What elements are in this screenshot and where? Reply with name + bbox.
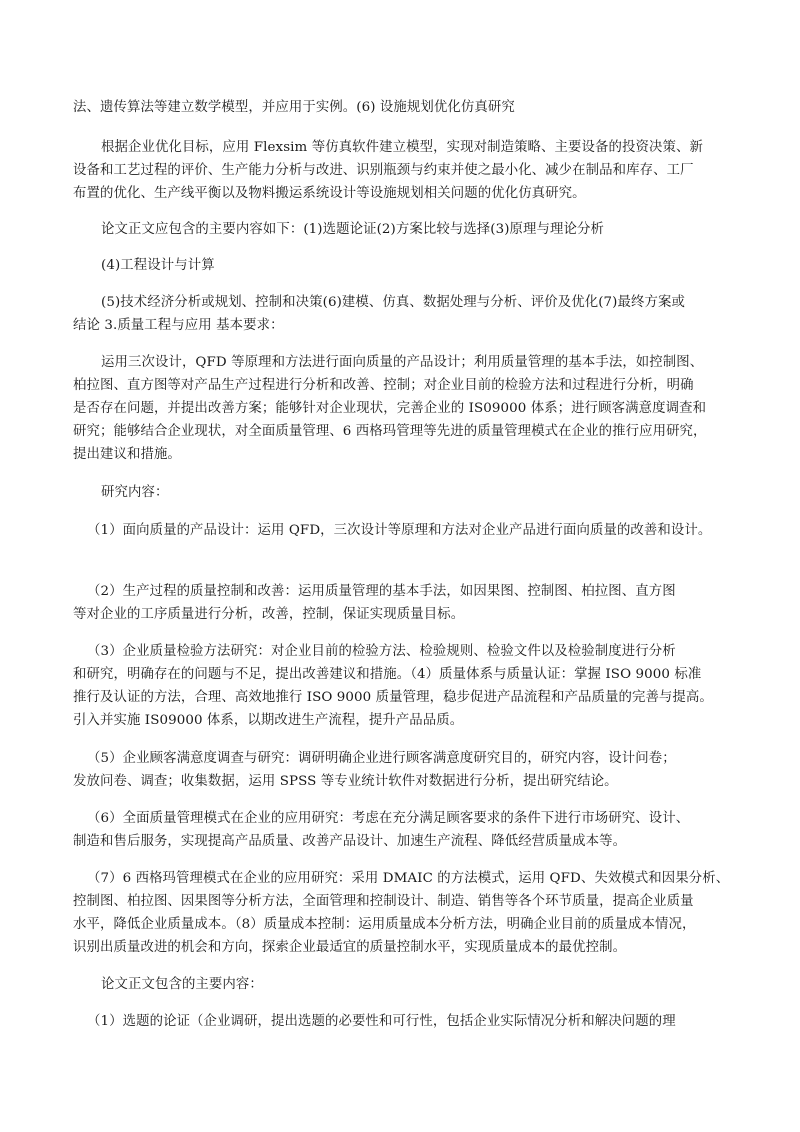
paragraph-line: （6）全面质量管理模式在企业的应用研究：考虑在充分满足顾客要求的条件下进行市场研… [87, 811, 689, 827]
paragraph-line: 和研究，明确存在的问题与不足，提出改善建议和措施。（4）质量体系与质量认证：掌握… [73, 667, 701, 683]
paragraph-line: （1）面向质量的产品设计：运用 QFD，三次设计等原理和方法对企业产品进行面向质… [87, 523, 711, 539]
paragraph-line: 提出建议和措施。 [73, 447, 181, 463]
paragraph-line: （1）选题的论证（企业调研，提出选题的必要性和可行性，包括企业实际情况分析和解决… [87, 1014, 676, 1030]
document-page: 法、遗传算法等建立数学模型，并应用于实例。(6) 设施规划优化仿真研究 根据企业… [0, 0, 800, 1132]
paragraph-line: 水平，降低企业质量成本。（8）质量成本控制：运用质量成本分析方法，明确企业目前的… [73, 917, 695, 933]
paragraph-line: （7）6 西格玛管理模式在企业的应用研究：采用 DMAIC 的方法模式，运用 Q… [87, 871, 729, 887]
paragraph-line: 结论 3.质量工程与应用 基本要求： [73, 318, 284, 334]
paragraph-line: （3）企业质量检验方法研究：对企业目前的检验方法、检验规则、检验文件以及检验制度… [87, 644, 676, 660]
paragraph-line: (5)技术经济分析或规划、控制和决策(6)建模、仿真、数据处理与分析、评价及优化… [101, 295, 685, 311]
paragraph-line: 根据企业优化目标，应用 Flexsim 等仿真软件建立模型，实现对制造策略、主要… [101, 140, 703, 156]
paragraph-line: 引入并实施 IS09000 体系，以期改进生产流程，提升产品品质。 [73, 713, 463, 729]
paragraph-line: 设备和工艺过程的评价、生产能力分析与改进、识别瓶颈与约束并使之最小化、减少在制品… [73, 163, 694, 179]
paragraph-line: 布置的优化、生产线平衡以及物料搬运系统设计等设施规划相关问题的优化仿真研究。 [73, 186, 586, 202]
paragraph-line: 研究；能够结合企业现状，对全面质量管理、6 西格玛管理等先进的质量管理模式在企业… [73, 424, 707, 440]
section-heading: 论文正文包含的主要内容： [101, 977, 263, 993]
paragraph-line: 法、遗传算法等建立数学模型，并应用于实例。(6) 设施规划优化仿真研究 [73, 100, 515, 116]
paragraph-line: 是否存在问题，并提出改善方案；能够针对企业现状，完善企业的 IS09000 体系… [73, 401, 706, 417]
paragraph-line: 运用三次设计，QFD 等原理和方法进行面向质量的产品设计；利用质量管理的基本手法… [101, 355, 703, 371]
paragraph-line: 论文正文应包含的主要内容如下：(1)选题论证(2)方案比较与选择(3)原理与理论… [101, 222, 604, 238]
paragraph-line: 发放问卷、调查；收集数据，运用 SPSS 等专业统计软件对数据进行分析，提出研究… [73, 774, 618, 790]
paragraph-line: 柏拉图、直方图等对产品生产过程进行分析和改善、控制；对企业目前的检验方法和过程进… [73, 378, 694, 394]
paragraph-line: （2）生产过程的质量控制和改善：运用质量管理的基本手法，如因果图、控制图、柏拉图… [87, 584, 676, 600]
paragraph-line: 制造和售后服务，实现提高产品质量、改善产品设计、加速生产流程、降低经营质量成本等… [73, 834, 626, 850]
paragraph-line: 识别出质量改进的机会和方向，探索企业最适宜的质量控制水平，实现质量成本的最优控制… [73, 940, 626, 956]
paragraph-line: 等对企业的工序质量进行分析，改善，控制，保证实现质量目标。 [73, 607, 464, 623]
paragraph-line: 控制图、柏拉图、因果图等分析方法，全面管理和控制设计、制造、销售等各个环节质量，… [73, 894, 694, 910]
paragraph-line: 推行及认证的方法，合理、高效地推行 ISO 9000 质量管理，稳步促进产品流程… [73, 690, 713, 706]
section-heading: 研究内容： [101, 485, 168, 501]
paragraph-line: (4)工程设计与计算 [101, 258, 215, 274]
paragraph-line: （5）企业顾客满意度调查与研究：调研明确企业进行顾客满意度研究目的，研究内容，设… [87, 751, 676, 767]
